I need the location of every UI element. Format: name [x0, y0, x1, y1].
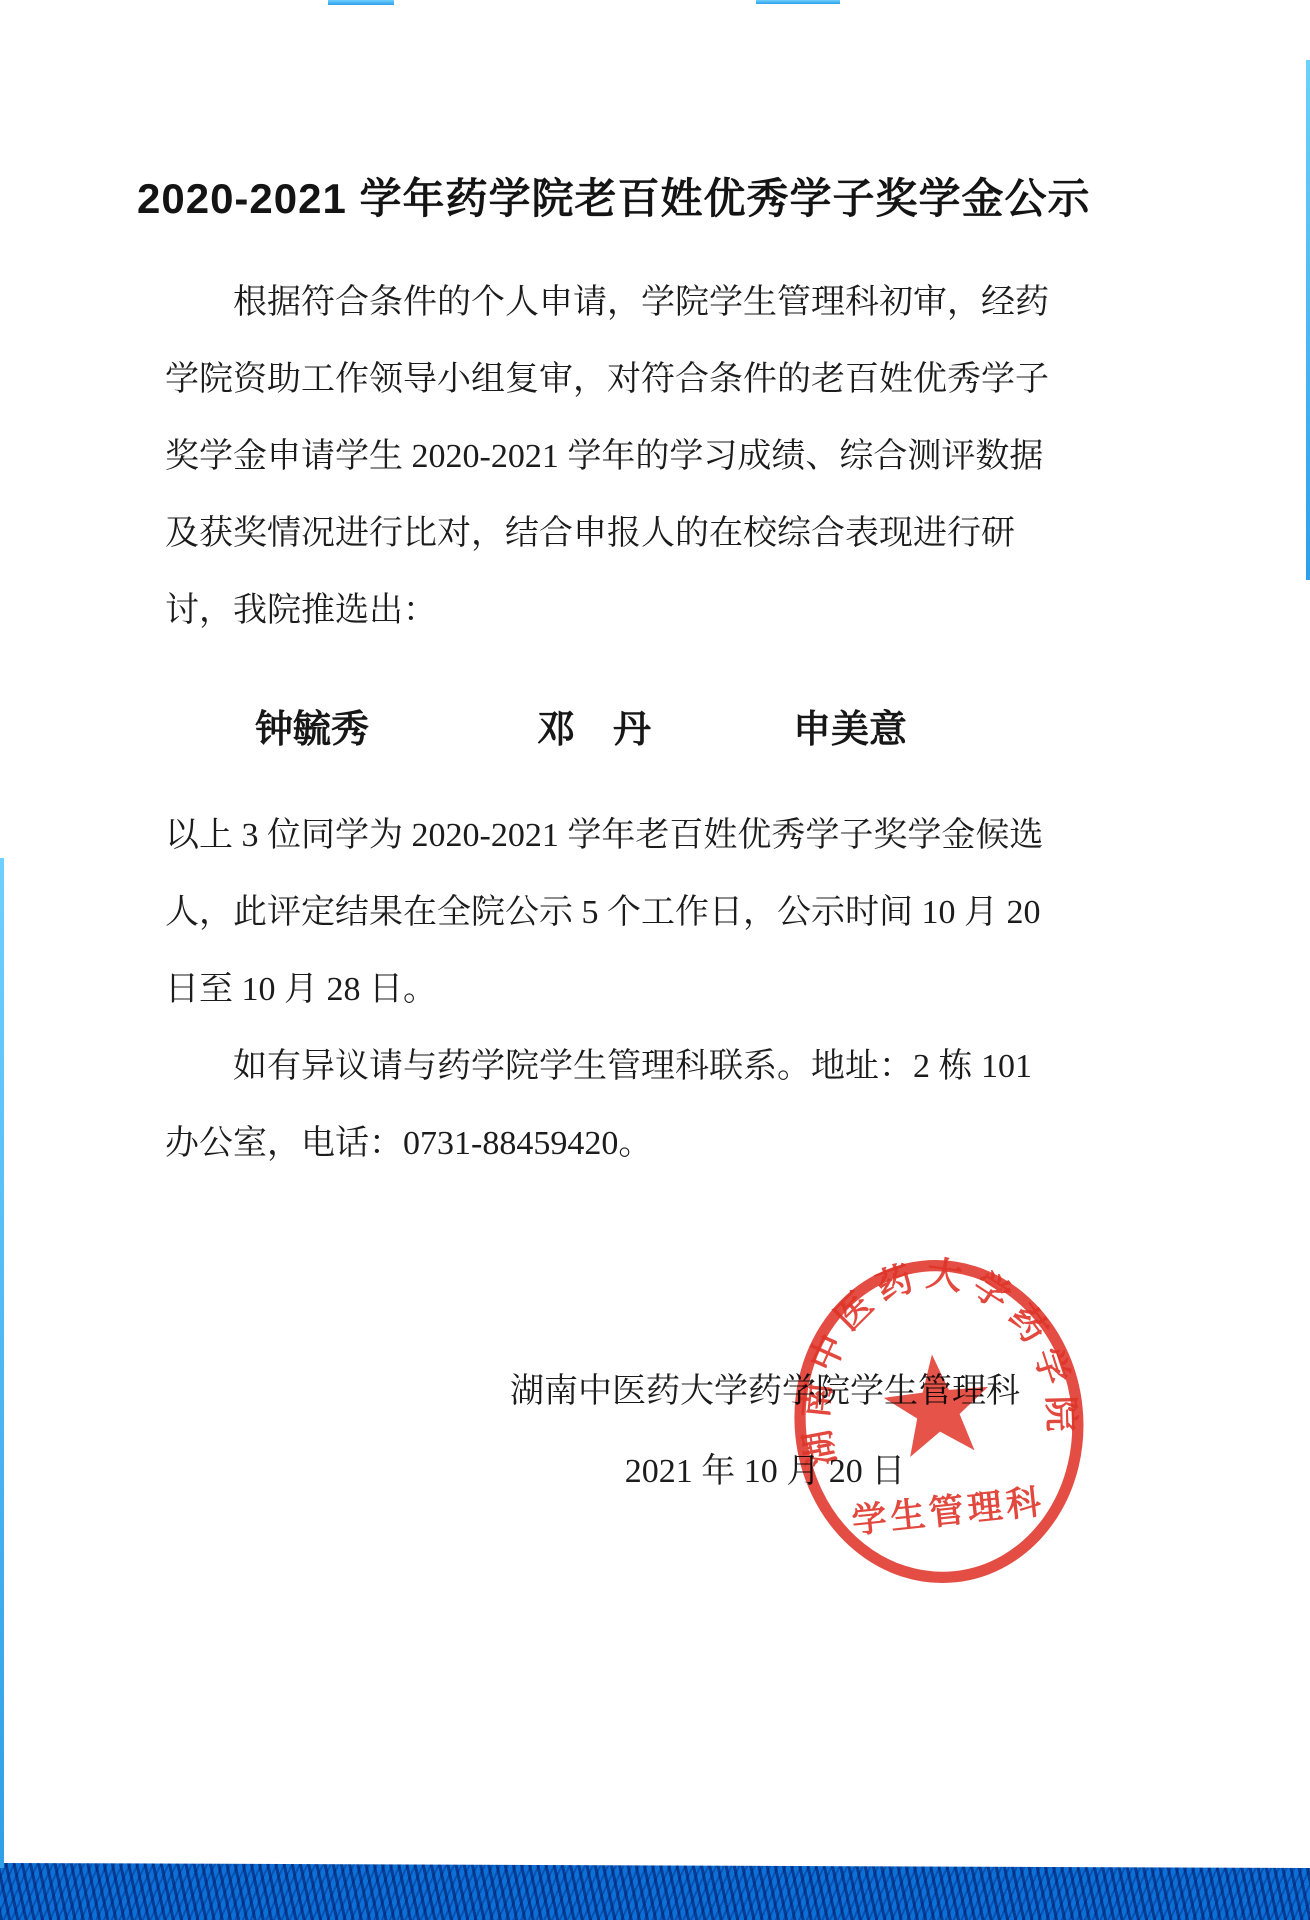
text-line: 办公室，电话：0731-88459420。	[165, 1105, 987, 1182]
official-stamp: 湖南中医药大学药学院 学生管理科	[769, 1241, 1108, 1603]
awardee-name: 钟毓秀	[255, 692, 369, 769]
text-line: 如有异议请与药学院学生管理科联系。地址：2 栋 101	[165, 1028, 987, 1105]
text-line: 根据符合条件的个人申请，学院学生管理科初审，经药	[165, 264, 987, 341]
body-paragraph-1: 根据符合条件的个人申请，学院学生管理科初审，经药 学院资助工作领导小组复审，对符…	[165, 264, 987, 649]
text-line: 学院资助工作领导小组复审，对符合条件的老百姓优秀学子	[165, 341, 987, 418]
scanned-announcement-page: { "page": { "paper_color": "#ffffff", "b…	[0, 0, 1310, 1920]
scan-edge-artifact-right	[1306, 60, 1310, 580]
stamp-star-icon	[880, 1349, 995, 1459]
awardee-names-row: 钟毓秀 邓 丹 申美意	[165, 692, 987, 769]
stamp-bottom-text: 学生管理科	[850, 1482, 1047, 1541]
awardee-name: 申美意	[793, 692, 907, 769]
body-paragraph-2: 以上 3 位同学为 2020-2021 学年老百姓优秀学子奖学金候选 人，此评定…	[165, 797, 987, 1028]
document-title: 2020-2021 学年药学院老百姓优秀学子奖学金公示	[137, 168, 959, 230]
text-line: 讨，我院推选出：	[165, 572, 987, 649]
text-line: 奖学金申请学生 2020-2021 学年的学习成绩、综合测评数据	[165, 418, 987, 495]
scan-edge-artifact-left	[0, 858, 4, 1868]
document-body: 2020-2021 学年药学院老百姓优秀学子奖学金公示 根据符合条件的个人申请，…	[165, 0, 987, 1182]
text-line: 日至 10 月 28 日。	[165, 951, 987, 1028]
text-line: 以上 3 位同学为 2020-2021 学年老百姓优秀学子奖学金候选	[165, 797, 987, 874]
text-line: 人，此评定结果在全院公示 5 个工作日，公示时间 10 月 20	[165, 874, 987, 951]
text-line: 及获奖情况进行比对，结合申报人的在校综合表现进行研	[165, 495, 987, 572]
awardee-name: 邓 丹	[537, 692, 651, 769]
body-paragraph-3: 如有异议请与药学院学生管理科联系。地址：2 栋 101 办公室，电话：0731-…	[165, 1028, 987, 1182]
